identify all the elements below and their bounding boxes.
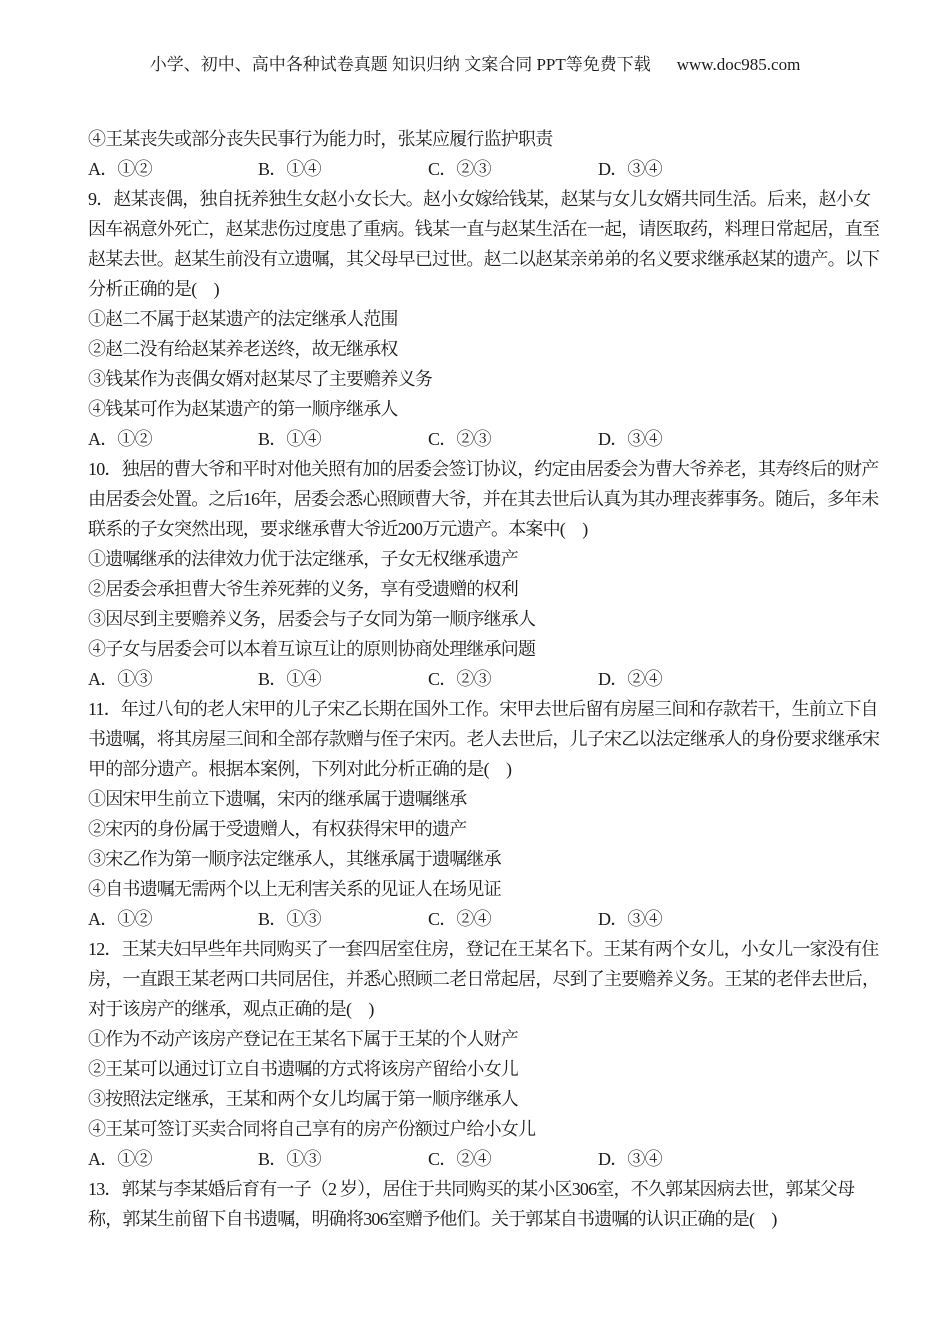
answer-choice-A: A．①② [88,1144,258,1174]
option-statement-line: ②赵二没有给赵某养老送终，故无继承权 [88,334,878,364]
answer-choice-C: C．②④ [428,904,598,934]
option-statement-line: ④钱某可作为赵某遗产的第一顺序继承人 [88,394,878,424]
answer-choices-row: A．①②B．①④C．②③D．③④ [88,424,878,454]
answer-choice-B: B．①④ [258,424,428,454]
document-page: 小学、初中、高中各种试卷真题 知识归纳 文案合同 PPT等免费下载www.doc… [0,0,950,1344]
answer-choice-A: A．①② [88,424,258,454]
text-line: 联系的子女突然出现，要求继承曹大爷近200万元遗产。本案中( ) [88,514,878,544]
answer-choice-C: C．②③ [428,424,598,454]
answer-choice-D: D．③④ [598,424,662,454]
option-statement-line: ③钱某作为丧偶女婿对赵某尽了主要赡养义务 [88,364,878,394]
answer-choice-A: A．①② [88,904,258,934]
header-site-url: www.doc985.com [677,55,801,74]
option-statement-line: ③按照法定继承，王某和两个女儿均属于第一顺序继承人 [88,1084,878,1114]
option-statement-line: ③宋乙作为第一顺序法定继承人，其继承属于遗嘱继承 [88,844,878,874]
answer-choice-C: C．②③ [428,154,598,184]
answer-choice-D: D．③④ [598,154,662,184]
option-statement-line: ①赵二不属于赵某遗产的法定继承人范围 [88,304,878,334]
answer-choices-row: A．①②B．①③C．②④D．③④ [88,1144,878,1174]
text-line: 因车祸意外死亡，赵某悲伤过度患了重病。钱某一直与赵某生活在一起，请医取药，料理日… [88,214,878,244]
document-body: ④王某丧失或部分丧失民事行为能力时，张某应履行监护职责A．①②B．①④C．②③D… [88,124,878,1234]
option-statement-line: ②居委会承担曹大爷生养死葬的义务，享有受遗赠的权利 [88,574,878,604]
text-line: 由居委会处置。之后16年，居委会悉心照顾曹大爷，并在其去世后认真为其办理丧葬事务… [88,484,878,514]
text-line: 赵某去世。赵某生前没有立遗嘱，其父母早已过世。赵二以赵某亲弟弟的名义要求继承赵某… [88,244,878,274]
option-statement-line: ①因宋甲生前立下遗嘱，宋丙的继承属于遗嘱继承 [88,784,878,814]
answer-choice-C: C．②③ [428,664,598,694]
answer-choice-B: B．①③ [258,1144,428,1174]
question-stem-line: 13．郭某与李某婚后育有一子（2 岁），居住于共同购买的某小区306室，不久郭某… [88,1174,878,1204]
option-statement-line: ①作为不动产该房产登记在王某名下属于王某的个人财产 [88,1024,878,1054]
header-promo-text: 小学、初中、高中各种试卷真题 知识归纳 文案合同 PPT等免费下载 [150,55,651,74]
text-line: 称，郭某生前留下自书遗嘱，明确将306室赠予他们。关于郭某自书遗嘱的认识正确的是… [88,1204,878,1234]
answer-choice-D: D．③④ [598,904,662,934]
text-line: 对于该房产的继承，观点正确的是( ) [88,994,878,1024]
page-header: 小学、初中、高中各种试卷真题 知识归纳 文案合同 PPT等免费下载www.doc… [0,54,950,76]
option-statement-line: ④王某可签订买卖合同将自己享有的房产份额过户给小女儿 [88,1114,878,1144]
answer-choice-A: A．①③ [88,664,258,694]
question-stem-line: 12．王某夫妇早些年共同购买了一套四居室住房，登记在王某名下。王某有两个女儿，小… [88,934,878,964]
answer-choice-B: B．①③ [258,904,428,934]
option-statement-line: ②宋丙的身份属于受遗赠人，有权获得宋甲的遗产 [88,814,878,844]
answer-choice-C: C．②④ [428,1144,598,1174]
answer-choices-row: A．①②B．①③C．②④D．③④ [88,904,878,934]
option-statement-line: ④自书遗嘱无需两个以上无利害关系的见证人在场见证 [88,874,878,904]
text-line: 书遗嘱，将其房屋三间和全部存款赠与侄子宋丙。老人去世后，儿子宋乙以法定继承人的身… [88,724,878,754]
question-stem-line: 10．独居的曹大爷和平时对他关照有加的居委会签订协议，约定由居委会为曹大爷养老，… [88,454,878,484]
answer-choices-row: A．①③B．①④C．②③D．②④ [88,664,878,694]
text-line: 房，一直跟王某老两口共同居住，并悉心照顾二老日常起居，尽到了主要赡养义务。王某的… [88,964,878,994]
option-statement-line: ②王某可以通过订立自书遗嘱的方式将该房产留给小女儿 [88,1054,878,1084]
option-statement-line: ④王某丧失或部分丧失民事行为能力时，张某应履行监护职责 [88,124,878,154]
answer-choice-D: D．③④ [598,1144,662,1174]
answer-choice-D: D．②④ [598,664,662,694]
answer-choices-row: A．①②B．①④C．②③D．③④ [88,154,878,184]
answer-choice-B: B．①④ [258,154,428,184]
option-statement-line: ①遗嘱继承的法律效力优于法定继承，子女无权继承遗产 [88,544,878,574]
question-stem-line: 9．赵某丧偶，独自抚养独生女赵小女长大。赵小女嫁给钱某，赵某与女儿女婿共同生活。… [88,184,878,214]
answer-choice-B: B．①④ [258,664,428,694]
option-statement-line: ③因尽到主要赡养义务，居委会与子女同为第一顺序继承人 [88,604,878,634]
text-line: 分析正确的是( ) [88,274,878,304]
text-line: 甲的部分遗产。根据本案例，下列对此分析正确的是( ) [88,754,878,784]
answer-choice-A: A．①② [88,154,258,184]
option-statement-line: ④子女与居委会可以本着互谅互让的原则协商处理继承问题 [88,634,878,664]
question-stem-line: 11．年过八旬的老人宋甲的儿子宋乙长期在国外工作。宋甲去世后留有房屋三间和存款若… [88,694,878,724]
